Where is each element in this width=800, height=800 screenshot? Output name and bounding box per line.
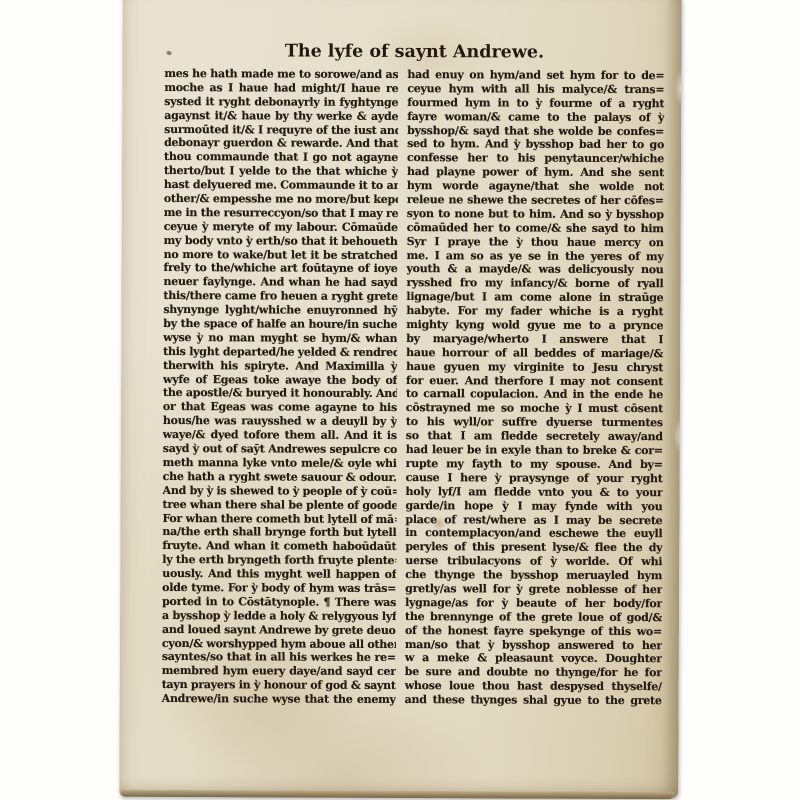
text-line: me. I am so as ye se in the yeres of my (407, 249, 664, 264)
text-line: holy lyf/I am fledde vnto you & to your (406, 485, 663, 500)
text-line: man/so that ỳ bysshop answered to her (405, 638, 662, 653)
text-line: systed it ryght debonayrly in fyghtynge (164, 95, 398, 110)
photo-background: The lyfe of saynt Andrewe. mes he hath m… (0, 0, 800, 800)
text-line: therto/but I yelde to the that whiche ỳ (164, 164, 398, 179)
text-line: other/& empesshe me no more/but kepe (164, 192, 398, 207)
text-line: the brennynge of the grete loue of god/& (405, 610, 662, 625)
text-line: for euer. And therfore I may not consent (406, 374, 663, 389)
text-line: hym worde agayne/that she wolde not (407, 179, 664, 194)
text-line: my body vnto ỳ erth/so that it behoueth (164, 234, 398, 249)
book-page: The lyfe of saynt Andrewe. mes he hath m… (119, 0, 682, 799)
text-line: peryles of this present lyse/& flee the … (405, 540, 662, 555)
text-line: gretly/as well for ỳ grete noblesse of h… (405, 582, 662, 597)
text-line: haue gyuen my virginite to Jesu chryst (406, 360, 663, 375)
text-line: debonayr guerdon & rewarde. And that (164, 136, 398, 151)
text-line: so that I am fledde secretely away/and (406, 429, 663, 444)
text-line: by maryage/wherto I answere that I (406, 332, 663, 347)
text-line: and loued saynt Andrewe by grete deuo= (162, 623, 396, 638)
text-line: cause I here ỳ praysynge of your ryght (406, 471, 663, 486)
text-line: thou commaunde that I go not agayne (164, 150, 398, 165)
text-line: For whan there cometh but lytell of mā= (162, 511, 396, 526)
text-line: wyfe of Egeas toke awaye the body of (163, 373, 397, 388)
text-line: cyon/& worshypped hym aboue all other (162, 636, 396, 651)
text-line: to carnall copulacion. And in the ende h… (406, 388, 663, 403)
text-line: tree whan there shal be plente of goodes (162, 498, 396, 513)
text-line: ceyue ỳ meryte of my labour. Cōmaūde (164, 220, 398, 235)
text-line: sayntes/so that in all his werkes he re= (162, 650, 396, 665)
text-line: had enuy on hym/and set hym for to de= (407, 68, 664, 83)
text-line: releue ne shewe the secretes of her cōfe… (407, 193, 664, 208)
text-line: lignage/but I am come alone in straūge (406, 290, 663, 305)
text-line: mes he hath made me to sorowe/and as (164, 67, 398, 82)
text-line: in contemplacyon/and eschewe the euyll (405, 526, 662, 541)
text-line: ceyue hym with all his malyce/& trans= (407, 82, 664, 97)
text-line: youth & a mayde/& was delicyously nou (407, 262, 664, 277)
text-line: membred hym euery daye/and sayd cer (162, 664, 396, 679)
text-line: had playne power of hym. And she sent (407, 165, 664, 180)
text-line: wyse ỳ no man myght se hym/& whan (163, 331, 397, 346)
text-line: hous/he was rauysshed w a deuyll by ỳ (163, 414, 397, 429)
text-line: rupte my fayth to my spouse. And by= (406, 457, 663, 472)
text-column-right: had enuy on hym/and set hym for to de=ce… (405, 68, 665, 708)
text-line: uously. And this myght well happen of (162, 567, 396, 582)
text-line: waye/& dyed tofore them all. And it is (163, 428, 397, 443)
text-line: na/the erth shall brynge forth but lytel… (162, 525, 396, 540)
text-block: mes he hath made me to sorowe/and asmoch… (162, 67, 665, 708)
text-line: habyte. For my fader whiche is a ryght (406, 304, 663, 319)
text-line: ported in to Cōstātynople. ¶ There was (162, 595, 396, 610)
text-line: and these thynges shal gyue to the grete (405, 693, 662, 708)
text-line: sayd ỳ out of saȳt Andrewes sepulcre co= (163, 442, 397, 457)
text-line: hast delyuered me. Commaunde it to an (164, 178, 398, 193)
text-line: agaynst it/& haue by thy werke & ayde (164, 109, 398, 124)
text-line: fruyte. And whan it cometh haboūdaūt (162, 539, 396, 554)
text-line: sed to hym. And ỳ bysshop bad her to go (407, 137, 664, 152)
text-line: be sure and doubte no thynge/for he for (405, 665, 662, 680)
text-line: shynynge lyght/whiche enuyronned hȳ (163, 303, 397, 318)
text-line: frely to the/whiche art foūtayne of ioye (164, 261, 398, 276)
running-title: The lyfe of saynt Andrewe. (164, 41, 664, 63)
text-line: of the honest fayre spekynge of this wo= (405, 624, 662, 639)
text-line: rysshed fro my infancy/& borne of ryall (406, 276, 663, 291)
text-line: garde/in hope ỳ I may fynde with you (405, 499, 662, 514)
text-line: by the space of halfe an houre/in suche (163, 317, 397, 332)
text-line: lygnage/as for ỳ beaute of her body/for (405, 596, 662, 611)
text-line: mighty kyng wold gyue me to a prynce (406, 318, 663, 333)
text-line: And by ỳ is shewed to ỳ people of ỳ coū= (163, 484, 397, 499)
text-line: fayre woman/& came to the palays of ỳ (407, 110, 664, 125)
text-line: bysshop/& sayd that she wolde be confes= (407, 124, 664, 139)
text-line: w a meke & pleasaunt voyce. Doughter (405, 651, 662, 666)
text-line: me in the resurreccyon/so that I may re (164, 206, 398, 221)
text-line: the apostle/& buryed it honourably. And (163, 386, 397, 401)
text-column-left: mes he hath made me to sorowe/and asmoch… (162, 67, 399, 707)
text-line: fourmed hym in to ỳ fourme of a ryght (407, 96, 664, 111)
text-line: meth manna lyke vnto mele/& oyle whi (163, 456, 397, 471)
text-line: cōstrayned me so moche ỳ I must cōsent (406, 401, 663, 416)
text-line: Andrewe/in suche wyse that the enemy (162, 692, 396, 707)
text-line: cōmaūded her to come/& she sayd to him (407, 221, 664, 236)
text-line: surmoūted it/& I requyre of the iust and (164, 123, 398, 138)
text-line: uerse tribulacyons of ỳ worlde. Of whi (405, 554, 662, 569)
text-line: therwith his spiryte. And Maximilla ỳ (163, 359, 397, 374)
text-line: this/there came fro heuen a ryght grete (163, 289, 397, 304)
text-line: syon to none but to him. And so ỳ byssho… (407, 207, 664, 222)
text-line: or that Egeas was come agayne to his (163, 400, 397, 415)
text-line: che thynge the bysshop meruayled hym (405, 568, 662, 583)
text-line: olde tyme. For ỳ body of hym was trās= (162, 581, 396, 596)
text-line: neuer faylynge. And whan he had sayd (163, 275, 397, 290)
text-line: whose loue thou hast despysed thyselfe/ (405, 679, 662, 694)
text-line: had leuer be in exyle than to breke & co… (406, 443, 663, 458)
text-line: Syr I praye the ỳ thou haue mercy on (407, 235, 664, 250)
text-line: to his wyll/or suffre dyuerse turmentes (406, 415, 663, 430)
text-line: a bysshop ỳ ledde a holy & relygyous lyf (162, 609, 396, 624)
text-line: haue horrour of all beddes of mariage/& (406, 346, 663, 361)
text-line: no more to wake/but let it be stratched (164, 248, 398, 263)
text-line: ly the erth bryngeth forth fruyte plente… (162, 553, 396, 568)
text-line: che hath a ryght swete sauour & odour. (163, 470, 397, 485)
text-line: moche as I haue had might/I haue re (164, 81, 398, 96)
text-line: confesse her to his penytauncer/whiche (407, 151, 664, 166)
text-line: this lyght departed/he yelded & rendred (163, 345, 397, 360)
text-line: tayn prayers in ỳ honour of god & saynt (162, 678, 396, 693)
text-line: place of rest/where as I may be secrete (405, 513, 662, 528)
